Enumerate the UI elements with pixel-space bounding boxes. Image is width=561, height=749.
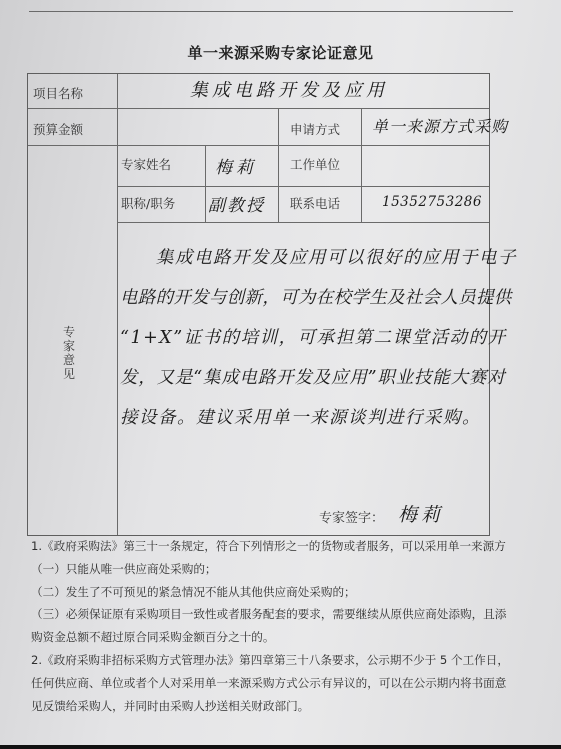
row-divider [28,108,489,109]
row-divider [117,186,489,187]
note-line: 任何供应商、单位或者个人对采用单一来源采购方式公示有异议的，可以在公示期内将书面… [31,672,541,695]
title-label: 职称/职务 [121,194,175,212]
expert-name-value: 梅莉 [215,153,257,178]
col-divider [117,74,118,535]
note-line: 购资金总额不超过原合同采购金额百分之十的。 [31,626,541,649]
project-name-value: 集成电路开发及应用 [190,76,388,102]
signature-value: 梅莉 [398,500,444,527]
opinion-section-label: 专家意见 [61,325,77,381]
note-line: （一）只能从唯一供应商处采购的； [31,558,541,581]
work-unit-label: 工作单位 [290,155,340,173]
procurement-notes: 1.《政府采购法》第三十一条规定，符合下列情形之一的货物或者服务，可以采用单一来… [31,535,541,717]
apply-method-value: 单一来源方式采购 [372,114,508,137]
expert-opinion-text: 集成电路开发及应用可以很好的应用于电子 电路的开发与创新，可为在校学生及社会人员… [120,238,500,438]
note-line: （二）发生了不可预见的紧急情况不能从其他供应商处采购的； [31,581,541,604]
apply-method-label: 申请方式 [290,120,340,138]
opinion-line: 集成电路开发及应用可以很好的应用于电子 [120,238,500,278]
row-divider [117,222,489,223]
expert-name-label: 专家姓名 [121,155,171,173]
photo-bottom-edge [0,745,561,749]
note-line: 1.《政府采购法》第三十一条规定，符合下列情形之一的货物或者服务，可以采用单一来… [31,535,541,558]
page-top-rule [29,11,513,12]
col-divider [205,146,206,222]
opinion-line: “1+X”证书的培训，可承担第二课堂活动的开 [120,318,500,358]
note-line: 见反馈给采购人，并同时由采购人抄送相关财政部门。 [31,695,541,718]
phone-value: 15352753286 [382,194,482,210]
project-name-label: 项目名称 [33,84,83,102]
col-divider [361,109,362,222]
opinion-line: 电路的开发与创新，可为在校学生及社会人员提供 [120,278,500,318]
opinion-line: 接设备。建议采用单一来源谈判进行采购。 [120,398,500,438]
note-line: （三）必须保证原有采购项目一致性或者服务配套的要求，需要继续从原供应商处添购，且… [31,603,541,626]
title-value: 副教授 [208,191,265,216]
budget-label: 预算金额 [33,120,83,138]
note-line: 2.《政府采购非招标采购方式管理办法》第四章第三十八条要求，公示期不少于 5 个… [31,649,541,672]
row-divider [28,145,489,146]
signature-label: 专家签字： [319,507,384,526]
page-title: 单一来源采购专家论证意见 [0,42,561,63]
phone-label: 联系电话 [290,194,340,212]
opinion-line: 发，又是“集成电路开发及应用”职业技能大赛对 [120,358,500,398]
col-divider [278,109,279,222]
